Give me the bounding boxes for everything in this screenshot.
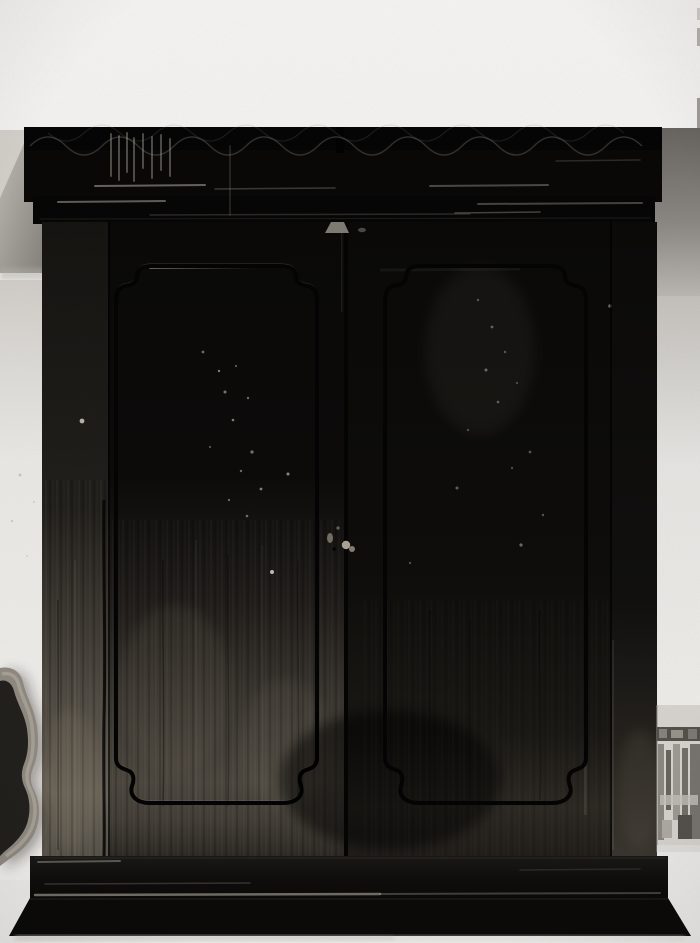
photograph-canvas	[0, 0, 700, 943]
film-grain-overlay	[0, 0, 700, 943]
wardrobe-photograph	[0, 0, 700, 943]
